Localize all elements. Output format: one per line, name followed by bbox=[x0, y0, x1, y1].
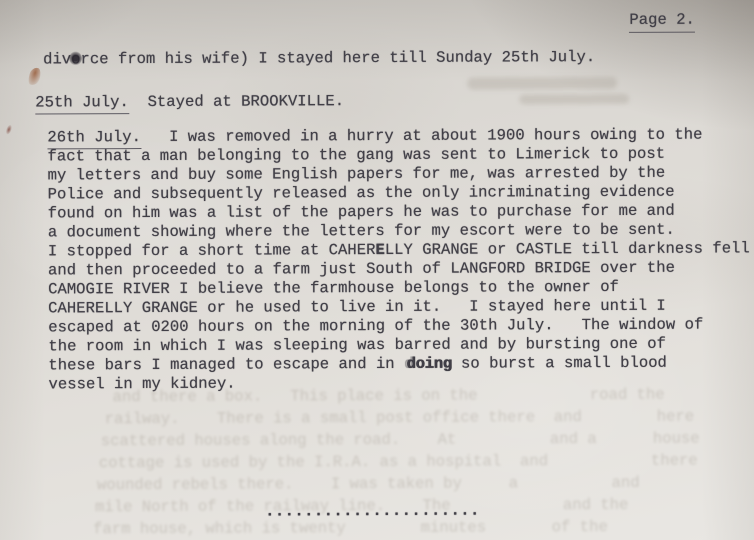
para-line-13-pre: these bars I managed to escape and in bbox=[48, 355, 404, 375]
bleed-line: railway. There is a small post office th… bbox=[105, 408, 695, 430]
dotted-divider: ...................... bbox=[265, 502, 480, 522]
bleed-line: wounded rebels there. I was taken by a a… bbox=[97, 474, 640, 495]
para-line-13: these bars I managed to escape and in dd… bbox=[48, 354, 667, 376]
entry-25-text: Stayed at BROOKVILLE. bbox=[129, 92, 344, 111]
para-line-01-rest: I was removed in a hurry at about 1900 h… bbox=[141, 126, 703, 146]
para-line-13-post: so burst a small blood bbox=[452, 354, 667, 373]
bleed-smudge bbox=[519, 94, 629, 104]
entry-26-date: 26th July. bbox=[47, 128, 141, 149]
para-line-07-pre: I stopped for a short time at CAHER bbox=[48, 241, 376, 260]
para-line-09: CAMOGIE RIVER I believe the farmhouse be… bbox=[48, 278, 619, 299]
bleed-line: cottage is used by the I.R.A. as a hospi… bbox=[99, 452, 698, 474]
ink-blot: o bbox=[71, 50, 80, 68]
entry-25th-july: 25th July. Stayed at BROOKVILLE. bbox=[35, 92, 344, 112]
bleed-line: farm house, which is twenty minutes of t… bbox=[93, 518, 608, 539]
stain-fleck bbox=[5, 124, 13, 135]
document-page: Page 2. divorce from his wife) I stayed … bbox=[0, 0, 754, 540]
intro-pre: div bbox=[43, 50, 71, 68]
stain-mark bbox=[27, 66, 42, 86]
overtyped-letter: E bbox=[375, 241, 384, 259]
intro-post: rce from his wife) I stayed here till Su… bbox=[80, 48, 595, 68]
entry-26th-july: 26th July. I was removed in a hurry at a… bbox=[0, 0, 753, 2]
intro-line: divorce from his wife) I stayed here til… bbox=[43, 48, 595, 69]
para-line-14: vessel in my kidney. bbox=[48, 375, 235, 395]
bleed-line: scattered houses along the road. At and … bbox=[101, 430, 700, 452]
ghost-typo-char: d bbox=[404, 355, 413, 373]
entry-25-date: 25th July. bbox=[35, 93, 129, 114]
bleed-smudge bbox=[467, 77, 617, 90]
para-line-07-post: LLY GRANGE or CASTLE till darkness fell bbox=[385, 239, 750, 259]
page-number: Page 2. bbox=[629, 11, 695, 33]
